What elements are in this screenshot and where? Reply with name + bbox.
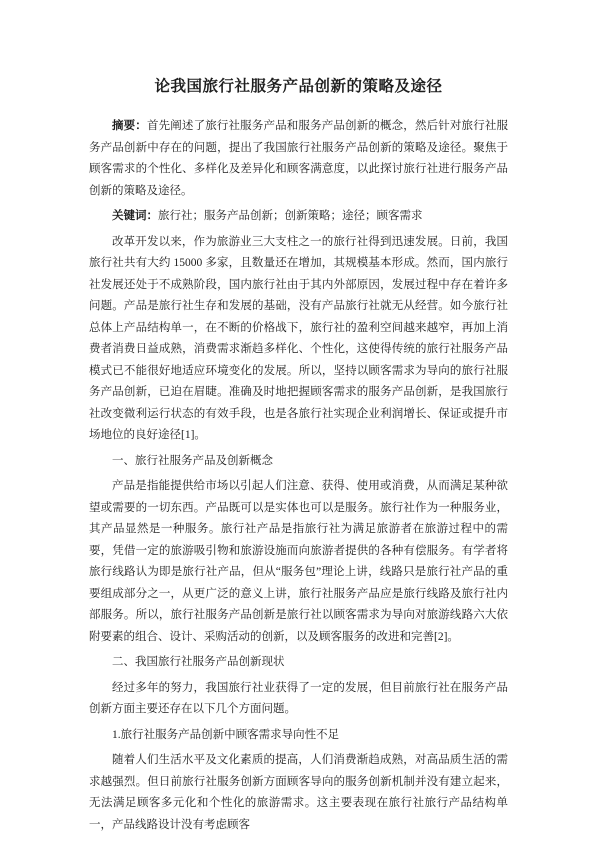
document-title: 论我国旅行社服务产品创新的策略及途径 (89, 76, 508, 98)
intro-paragraph: 改革开发以来，作为旅游业三大支柱之一的旅行社得到迅速发展。日前，我国旅行社共有大… (89, 232, 508, 447)
subsection-1-paragraph: 随着人们生活水平及文化素质的提高，人们消费渐趋成熟，对高品质生活的需求越强烈。但… (89, 750, 508, 836)
section-2-heading: 二、我国旅行社服务产品创新现状 (89, 652, 508, 674)
abstract-paragraph: 摘要：首先阐述了旅行社服务产品和服务产品创新的概念，然后针对旅行社服务产品创新中… (89, 116, 508, 202)
keywords-label: 关键词： (112, 210, 158, 222)
keywords-paragraph: 关键词：旅行社；服务产品创新；创新策略；途径；顾客需求 (89, 206, 508, 228)
document-page: 论我国旅行社服务产品创新的策略及途径 摘要：首先阐述了旅行社服务产品和服务产品创… (0, 0, 595, 842)
document-content: 论我国旅行社服务产品创新的策略及途径 摘要：首先阐述了旅行社服务产品和服务产品创… (89, 76, 508, 839)
abstract-label: 摘要： (112, 120, 147, 132)
abstract-text: 首先阐述了旅行社服务产品和服务产品创新的概念，然后针对旅行社服务产品创新中存在的… (89, 120, 508, 197)
section-1-heading: 一、旅行社服务产品及创新概念 (89, 451, 508, 473)
subsection-1-heading: 1.旅行社服务产品创新中顾客需求导向性不足 (89, 725, 508, 747)
keywords-text: 旅行社；服务产品创新；创新策略；途径；顾客需求 (158, 210, 423, 222)
section-2-paragraph: 经过多年的努力，我国旅行社业获得了一定的发展，但目前旅行社在服务产品创新方面主要… (89, 678, 508, 721)
section-1-paragraph: 产品是指能提供给市场以引起人们注意、获得、使用或消费，从而满足某种欲望或需要的一… (89, 476, 508, 648)
